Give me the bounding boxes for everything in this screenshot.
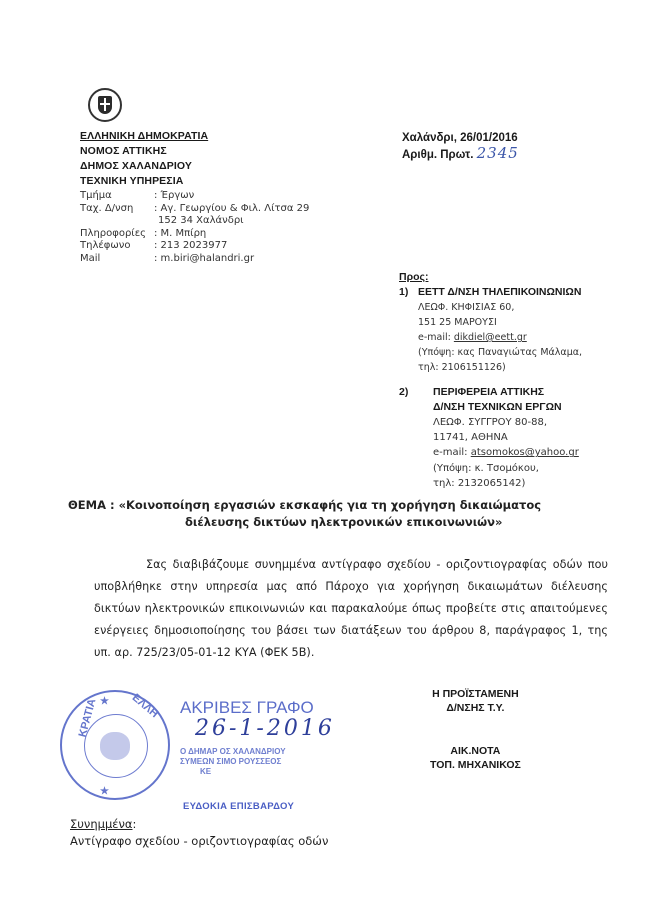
protocol-line: Αριθμ. Πρωτ. 2345 (402, 146, 519, 163)
recipients-label: Προς: (399, 270, 582, 285)
seal-emblem-icon (100, 732, 130, 760)
attachments: Συνημμένα: Αντίγραφο σχεδίου - οριζοντιο… (70, 816, 328, 850)
subject-label: ΘΕΜΑ : (68, 498, 119, 512)
date-protocol-block: Χαλάνδρι, 26/01/2016 Αριθμ. Πρωτ. 2345 (402, 131, 519, 163)
header-line-service: ΤΕΧΝΙΚΗ ΥΠΗΡΕΣΙΑ (80, 174, 208, 189)
info-row-contact-person: Πληροφορίες: Μ. Μπίρη (80, 228, 309, 241)
recipient-2: 2) ΠΕΡΙΦΕΡΕΙΑ ΑΤΤΙΚΗΣ Δ/ΝΣΗ ΤΕΧΝΙΚΩΝ ΕΡΓ… (399, 385, 582, 491)
subject: ΘΕΜΑ : «Κοινοποίηση εργασιών εκσκαφής γι… (68, 497, 541, 531)
signer-name-stamp: ΕΥΔΟΚΙΑ ΕΠΙΣΒΑΡΔΟΥ (183, 801, 294, 812)
signature-block: Η ΠΡΟΪΣΤΑΜΕΝΗ Δ/ΝΣΗΣ Τ.Υ. ΑΙΚ.ΝΟΤΑ ΤΟΠ. … (430, 688, 521, 772)
protocol-label: Αριθμ. Πρωτ. (402, 149, 473, 161)
signature-title: ΤΟΠ. ΜΗΧΑΝΙΚΟΣ (430, 759, 521, 773)
recipient-number: 2) (399, 385, 433, 491)
body-paragraph: Σας διαβιβάζουμε συνημμένα αντίγραφο σχε… (94, 554, 608, 664)
recipient-title: ΕΕΤΤ Δ/ΝΣΗ ΤΗΛΕΠΙΚΟΙΝΩΝΙΩΝ (418, 285, 582, 300)
star-icon: ★ (100, 786, 109, 797)
info-row-mail: Mail: m.biri@halandri.gr (80, 253, 309, 266)
signature-role-2: Δ/ΝΣΗΣ Τ.Υ. (430, 702, 521, 716)
protocol-number: 2345 (477, 144, 519, 162)
attachments-label: Συνημμένα (70, 817, 133, 831)
header-line-republic: ΕΛΛΗΝΙΚΗ ΔΗΜΟΚΡΑΤΙΑ (80, 129, 208, 144)
star-icon: ★ (100, 696, 109, 707)
greek-coat-of-arms-icon (88, 88, 122, 122)
recipient-email-link[interactable]: atsomokos@yahoo.gr (471, 447, 579, 458)
handwritten-date: 26-1-2016 (195, 716, 335, 741)
subject-line-2: διέλευσης δικτύων ηλεκτρονικών επικοινων… (68, 514, 541, 531)
mayor-stamp: Ο ΔΗΜΑΡ ΟΣ ΧΑΛΑΝΔΡΙΟΥ ΣΥΜΕΩΝ ΣΙΜΟ ΡΟΥΣΣΕ… (180, 747, 286, 777)
info-row-address: Ταχ. Δ/νση: Αγ. Γεωργίου & Φιλ. Λίτσα 29 (80, 203, 309, 216)
subject-line-1: «Κοινοποίηση εργασιών εκσκαφής για τη χο… (119, 498, 542, 512)
municipal-seal-stamp: ΚΡΑΤΙΑ ΕΛΛΗ ★ ★ (60, 690, 170, 800)
info-row-address-2: 152 34 Χαλάνδρι (80, 215, 309, 228)
issuer-header: ΕΛΛΗΝΙΚΗ ΔΗΜΟΚΡΑΤΙΑ ΝΟΜΟΣ ΑΤΤΙΚΗΣ ΔΗΜΟΣ … (80, 129, 208, 189)
recipient-title: ΠΕΡΙΦΕΡΕΙΑ ΑΤΤΙΚΗΣ (433, 385, 579, 400)
header-line-municipality: ΔΗΜΟΣ ΧΑΛΑΝΔΡΙΟΥ (80, 159, 208, 174)
attachment-item: Αντίγραφο σχεδίου - οριζοντιογραφίας οδώ… (70, 833, 328, 850)
recipient-title-2: Δ/ΝΣΗ ΤΕΧΝΙΚΩΝ ΕΡΓΩΝ (433, 400, 579, 415)
certified-copy-stamp: ΑΚΡΙΒΕΣ ΓΡΑΦΟ (180, 698, 314, 718)
signature-role: Η ΠΡΟΪΣΤΑΜΕΝΗ (430, 688, 521, 702)
recipient-1: 1) ΕΕΤΤ Δ/ΝΣΗ ΤΗΛΕΠΙΚΟΙΝΩΝΙΩΝ ΛΕΩΦ. ΚΗΦΙ… (399, 285, 582, 375)
contact-info: Τμήμα: Έργων Ταχ. Δ/νση: Αγ. Γεωργίου & … (80, 190, 309, 266)
recipient-address: ΛΕΩΦ. ΚΗΦΙΣΙΑΣ 60, 151 25 ΜΑΡΟΥΣΙ e-mail… (418, 300, 582, 375)
recipient-address: ΛΕΩΦ. ΣΥΓΓΡΟΥ 80-88, 11741, ΑΘΗΝΑ e-mail… (433, 415, 579, 491)
info-row-phone: Τηλέφωνο: 213 2023977 (80, 240, 309, 253)
recipients: Προς: 1) ΕΕΤΤ Δ/ΝΣΗ ΤΗΛΕΠΙΚΟΙΝΩΝΙΩΝ ΛΕΩΦ… (399, 270, 582, 491)
header-line-prefecture: ΝΟΜΟΣ ΑΤΤΙΚΗΣ (80, 144, 208, 159)
recipient-email-link[interactable]: dikdiel@eett.gr (454, 332, 527, 343)
letter-body: Σας διαβιβάζουμε συνημμένα αντίγραφο σχε… (94, 554, 608, 664)
info-row-department: Τμήμα: Έργων (80, 190, 309, 203)
recipient-number: 1) (399, 285, 418, 375)
signature-name: ΑΙΚ.ΝΟΤΑ (430, 745, 521, 759)
